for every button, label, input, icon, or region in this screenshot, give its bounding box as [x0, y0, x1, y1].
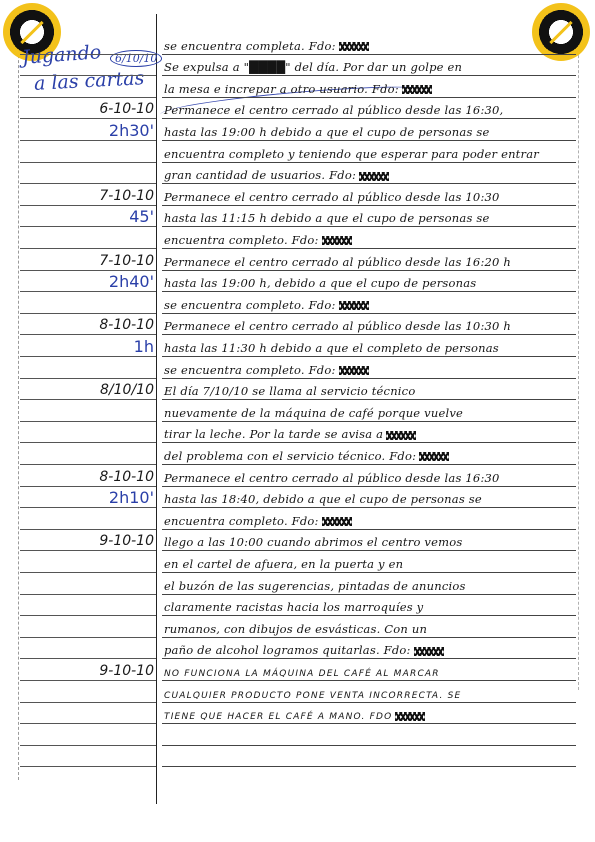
log-row: nuevamente de la máquina de café porque …: [20, 400, 578, 422]
log-row: rumanos, con dibujos de esvásticas. Con …: [20, 616, 578, 638]
entry-text-content: paño de alcohol logramos quitarlas. Fdo:: [164, 643, 411, 657]
log-row: 8/10/10El día 7/10/10 se llama al servic…: [20, 379, 578, 401]
log-row: 2h40'hasta las 19:00 h, debido a que el …: [20, 271, 578, 293]
entry-text: se encuentra completo. Fdo:: [164, 363, 369, 377]
entry-text: encuentra completo. Fdo:: [164, 514, 352, 528]
log-row: gran cantidad de usuarios. Fdo:: [20, 163, 578, 185]
entry-text-content: Permanece el centro cerrado al público d…: [164, 255, 511, 269]
entry-text: NO FUNCIONA LA MÁQUINA DEL CAFÉ AL MARCA…: [164, 669, 440, 679]
entry-text: rumanos, con dibujos de esvásticas. Con …: [164, 622, 427, 636]
log-row: se encuentra completa. Fdo:: [20, 33, 578, 55]
entry-text: hasta las 19:00 h debido a que el cupo d…: [164, 125, 490, 139]
log-row: 7-10-10Permanece el centro cerrado al pú…: [20, 249, 578, 271]
closure-duration: 1h: [134, 337, 154, 356]
entry-text: hasta las 19:00 h, debido a que el cupo …: [164, 276, 476, 290]
entry-text-content: CUALQUIER PRODUCTO PONE VENTA INCORRECTA…: [164, 691, 461, 701]
entry-date: 7-10-10: [99, 188, 154, 204]
entry-text-content: en el cartel de afuera, en la puerta y e…: [164, 557, 403, 571]
entry-date: 7-10-10: [99, 253, 154, 269]
log-row: la mesa e increpar a otro usuario. Fdo:: [20, 76, 578, 98]
redacted-signature-icon: [414, 647, 444, 656]
log-row: 9-10-10llego a las 10:00 cuando abrimos …: [20, 530, 578, 552]
entry-text: hasta las 11:30 h debido a que el comple…: [164, 341, 499, 355]
entry-text-content: Permanece el centro cerrado al público d…: [164, 190, 500, 204]
redacted-signature-icon: [359, 172, 389, 181]
document-page: Jugando a las cartas 6/10/10 se encuentr…: [0, 0, 595, 842]
entry-text-content: encuentra completo. Fdo:: [164, 514, 319, 528]
entry-date: 9-10-10: [99, 533, 154, 549]
entry-text-content: Permanece el centro cerrado al público d…: [164, 471, 500, 485]
log-row: encuentra completo y teniendo que espera…: [20, 141, 578, 163]
entry-text-content: hasta las 11:15 h debido a que el cupo d…: [164, 211, 490, 225]
closure-duration: 2h10': [109, 488, 154, 507]
entry-text: El día 7/10/10 se llama al servicio técn…: [164, 384, 415, 398]
entry-date: 8/10/10: [100, 382, 154, 398]
entry-text-content: encuentra completo. Fdo:: [164, 233, 319, 247]
entry-date: 8-10-10: [99, 469, 154, 485]
entry-text-content: Permanece el centro cerrado al público d…: [164, 103, 503, 117]
ruled-line: [20, 766, 156, 767]
entry-text: la mesa e increpar a otro usuario. Fdo:: [164, 82, 432, 96]
entry-text-content: hasta las 11:30 h debido a que el comple…: [164, 341, 499, 355]
entry-text: Permanece el centro cerrado al público d…: [164, 190, 500, 204]
redacted-signature-icon: [339, 42, 369, 51]
redacted-signature-icon: [386, 431, 416, 440]
log-row: tirar la leche. Por la tarde se avisa a: [20, 422, 578, 444]
entry-text-content: NO FUNCIONA LA MÁQUINA DEL CAFÉ AL MARCA…: [164, 669, 440, 679]
closure-duration: 2h30': [109, 121, 154, 140]
entry-text: se encuentra completo. Fdo:: [164, 298, 369, 312]
entry-text: el buzón de las sugerencias, pintadas de…: [164, 579, 466, 593]
closure-duration: 45': [129, 207, 154, 226]
entry-text-content: se encuentra completa. Fdo:: [164, 39, 336, 53]
log-row: 2h10'hasta las 18:40, debido a que el cu…: [20, 487, 578, 509]
log-row: encuentra completo. Fdo:: [20, 508, 578, 530]
entry-text: Permanece el centro cerrado al público d…: [164, 103, 503, 117]
entry-text: tirar la leche. Por la tarde se avisa a: [164, 427, 416, 441]
entry-text-content: encuentra completo y teniendo que espera…: [164, 147, 539, 161]
entry-text: claramente racistas hacia los marroquíes…: [164, 600, 423, 614]
entry-text-content: se encuentra completo. Fdo:: [164, 298, 336, 312]
entry-text: hasta las 11:15 h debido a que el cupo d…: [164, 211, 490, 225]
log-row: 6-10-10Permanece el centro cerrado al pú…: [20, 98, 578, 120]
log-row: 2h30'hasta las 19:00 h debido a que el c…: [20, 119, 578, 141]
log-row: el buzón de las sugerencias, pintadas de…: [20, 573, 578, 595]
entry-text: llego a las 10:00 cuando abrimos el cent…: [164, 535, 462, 549]
entry-text: Permanece el centro cerrado al público d…: [164, 319, 511, 333]
log-row: paño de alcohol logramos quitarlas. Fdo:: [20, 638, 578, 660]
entry-text: paño de alcohol logramos quitarlas. Fdo:: [164, 643, 444, 657]
log-row: 45'hasta las 11:15 h debido a que el cup…: [20, 206, 578, 228]
redacted-signature-icon: [339, 366, 369, 375]
entry-text: TIENE QUE HACER EL CAFÉ A MANO. FDO: [164, 712, 425, 722]
entry-date: 6-10-10: [99, 101, 154, 117]
entry-text: nuevamente de la máquina de café porque …: [164, 406, 463, 420]
log-row: 1hhasta las 11:30 h debido a que el comp…: [20, 335, 578, 357]
entry-text-content: hasta las 18:40, debido a que el cupo de…: [164, 492, 482, 506]
left-margin-rule: [18, 20, 19, 780]
entry-text-content: tirar la leche. Por la tarde se avisa a: [164, 427, 383, 441]
entry-text-content: hasta las 19:00 h, debido a que el cupo …: [164, 276, 476, 290]
entry-text: en el cartel de afuera, en la puerta y e…: [164, 557, 403, 571]
entry-text: se encuentra completa. Fdo:: [164, 39, 369, 53]
log-row: se encuentra completo. Fdo:: [20, 292, 578, 314]
entry-text-content: la mesa e increpar a otro usuario. Fdo:: [164, 82, 399, 96]
entry-text-content: se encuentra completo. Fdo:: [164, 363, 336, 377]
entry-text-content: hasta las 19:00 h debido a que el cupo d…: [164, 125, 490, 139]
entry-text: hasta las 18:40, debido a que el cupo de…: [164, 492, 482, 506]
entry-date: 9-10-10: [99, 663, 154, 679]
log-row: [20, 746, 578, 768]
ruled-line: [162, 766, 576, 767]
entry-date: 8-10-10: [99, 317, 154, 333]
log-row: 8-10-10Permanece el centro cerrado al pú…: [20, 465, 578, 487]
log-row: en el cartel de afuera, en la puerta y e…: [20, 551, 578, 573]
entry-text-content: nuevamente de la máquina de café porque …: [164, 406, 463, 420]
redacted-signature-icon: [402, 85, 432, 94]
entry-text: encuentra completo. Fdo:: [164, 233, 352, 247]
closure-duration: 2h40': [109, 272, 154, 291]
entry-text: del problema con el servicio técnico. Fd…: [164, 449, 449, 463]
log-row: TIENE QUE HACER EL CAFÉ A MANO. FDO: [20, 703, 578, 725]
redacted-signature-icon: [395, 712, 425, 721]
entry-text-content: Permanece el centro cerrado al público d…: [164, 319, 511, 333]
log-row: del problema con el servicio técnico. Fd…: [20, 443, 578, 465]
entry-text: encuentra completo y teniendo que espera…: [164, 147, 539, 161]
log-row: CUALQUIER PRODUCTO PONE VENTA INCORRECTA…: [20, 681, 578, 703]
entry-text-content: el buzón de las sugerencias, pintadas de…: [164, 579, 466, 593]
log-row: 8-10-10Permanece el centro cerrado al pú…: [20, 314, 578, 336]
redacted-signature-icon: [322, 517, 352, 526]
entry-text-content: gran cantidad de usuarios. Fdo:: [164, 168, 356, 182]
log-row: 9-10-10NO FUNCIONA LA MÁQUINA DEL CAFÉ A…: [20, 659, 578, 681]
log-row: 7-10-10Permanece el centro cerrado al pú…: [20, 184, 578, 206]
entry-text-content: del problema con el servicio técnico. Fd…: [164, 449, 416, 463]
entry-text-content: Se expulsa a "████" del día. Por dar un …: [164, 60, 462, 74]
log-row: Se expulsa a "████" del día. Por dar un …: [20, 55, 578, 77]
entry-text-content: TIENE QUE HACER EL CAFÉ A MANO. FDO: [164, 712, 392, 722]
log-row: se encuentra completo. Fdo:: [20, 357, 578, 379]
log-row: encuentra completo. Fdo:: [20, 227, 578, 249]
redacted-signature-icon: [339, 301, 369, 310]
right-margin-rule: [578, 30, 579, 690]
entry-text: Permanece el centro cerrado al público d…: [164, 255, 511, 269]
entry-text: Permanece el centro cerrado al público d…: [164, 471, 500, 485]
entry-text-content: claramente racistas hacia los marroquíes…: [164, 600, 423, 614]
entry-text: Se expulsa a "████" del día. Por dar un …: [164, 60, 462, 74]
entry-text-content: El día 7/10/10 se llama al servicio técn…: [164, 384, 415, 398]
log-row: [20, 724, 578, 746]
entry-text-content: llego a las 10:00 cuando abrimos el cent…: [164, 535, 462, 549]
redacted-signature-icon: [322, 236, 352, 245]
entry-text-content: rumanos, con dibujos de esvásticas. Con …: [164, 622, 427, 636]
log-row: claramente racistas hacia los marroquíes…: [20, 595, 578, 617]
entry-text: gran cantidad de usuarios. Fdo:: [164, 168, 389, 182]
entry-text: CUALQUIER PRODUCTO PONE VENTA INCORRECTA…: [164, 691, 461, 701]
redacted-signature-icon: [419, 452, 449, 461]
